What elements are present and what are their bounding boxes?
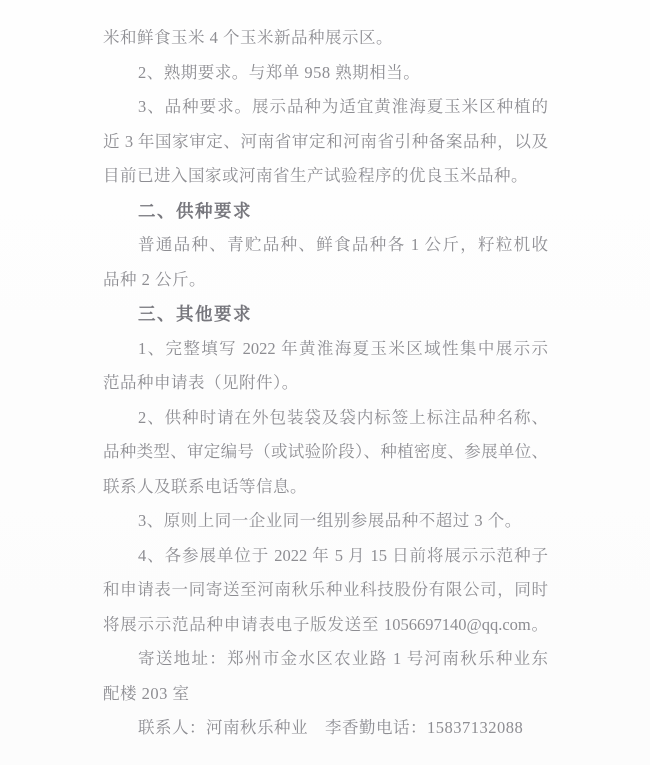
text-line: 3、品种要求。展示品种为适宜黄淮海夏玉米区种植的 bbox=[103, 90, 548, 125]
text-line: 范品种申请表（见附件）。 bbox=[103, 366, 548, 401]
text-line: 联系人及联系电话等信息。 bbox=[103, 470, 548, 505]
text-line: 1、完整填写 2022 年黄淮海夏玉米区域性集中展示示 bbox=[103, 332, 548, 367]
text-line: 3、原则上同一企业同一组别参展品种不超过 3 个。 bbox=[103, 504, 548, 539]
text-line: 寄送地址：郑州市金水区农业路 1 号河南秋乐种业东 bbox=[103, 642, 548, 677]
document-body: 米和鲜食玉米 4 个玉米新品种展示区。 2、熟期要求。与郑单 958 熟期相当。… bbox=[103, 21, 548, 746]
text-line: 品种类型、审定编号（或试验阶段）、种植密度、参展单位、 bbox=[103, 435, 548, 470]
text-line: 将展示示范品种申请表电子版发送至 1056697140@qq.com。 bbox=[103, 608, 548, 643]
text-line: 普通品种、青贮品种、鲜食品种各 1 公斤，籽粒机收 bbox=[103, 228, 548, 263]
text-line: 和申请表一同寄送至河南秋乐种业科技股份有限公司，同时 bbox=[103, 573, 548, 608]
section-heading: 三、其他要求 bbox=[103, 297, 548, 332]
text-line: 近 3 年国家审定、河南省审定和河南省引种备案品种，以及 bbox=[103, 125, 548, 160]
text-line: 品种 2 公斤。 bbox=[103, 263, 548, 298]
text-line: 4、各参展单位于 2022 年 5 月 15 日前将展示示范种子 bbox=[103, 539, 548, 574]
text-line: 配楼 203 室 bbox=[103, 677, 548, 712]
document-page: 米和鲜食玉米 4 个玉米新品种展示区。 2、熟期要求。与郑单 958 熟期相当。… bbox=[0, 0, 650, 765]
text-line: 米和鲜食玉米 4 个玉米新品种展示区。 bbox=[103, 21, 548, 56]
text-line: 2、熟期要求。与郑单 958 熟期相当。 bbox=[103, 56, 548, 91]
text-line: 联系人：河南秋乐种业 李香勤电话：15837132088 bbox=[103, 711, 548, 746]
text-line: 2、供种时请在外包装袋及袋内标签上标注品种名称、 bbox=[103, 401, 548, 436]
section-heading: 二、供种要求 bbox=[103, 194, 548, 229]
text-line: 目前已进入国家或河南省生产试验程序的优良玉米品种。 bbox=[103, 159, 548, 194]
